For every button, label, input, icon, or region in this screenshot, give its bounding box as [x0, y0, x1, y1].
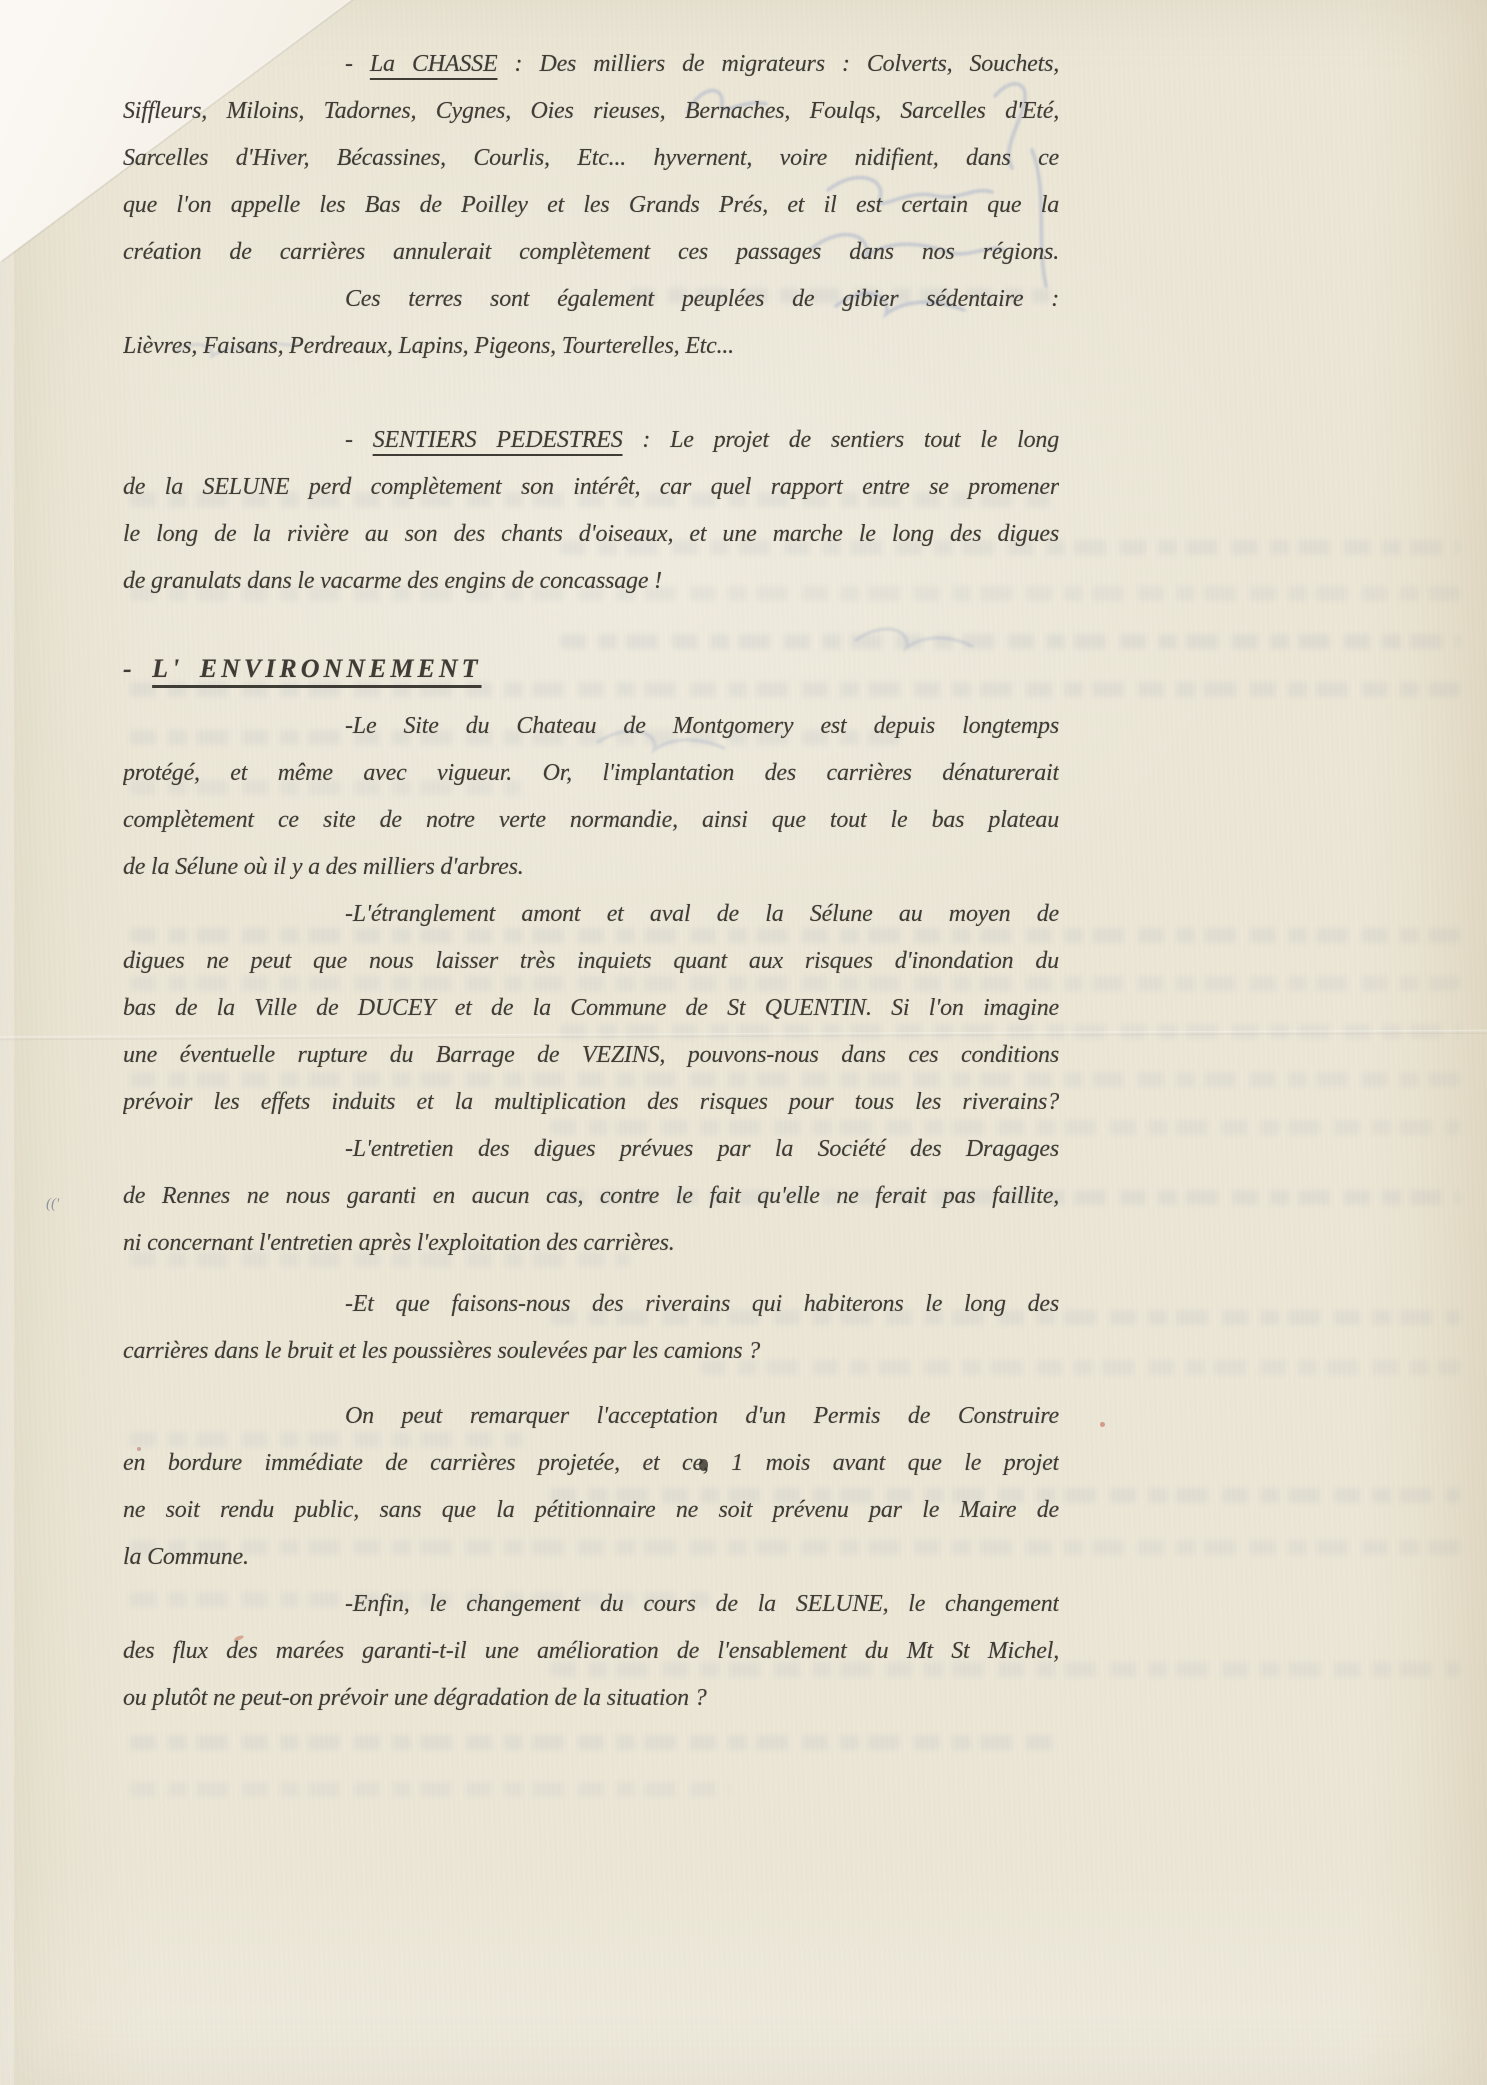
paragraph-permis-construire: On peut remarquer l'acceptation d'un Per… [123, 1393, 1059, 1581]
dash: - [345, 427, 373, 453]
text-line: - SENTIERS PEDESTRES : Le projet de sent… [123, 417, 1059, 464]
dash: - [123, 654, 152, 683]
text-line: Sarcelles d'Hiver, Bécassines, Courlis, … [123, 135, 1059, 182]
text-line: Siffleurs, Miloins, Tadornes, Cygnes, Oi… [123, 88, 1059, 135]
text-line: des flux des marées garanti-t-il une amé… [123, 1628, 1059, 1675]
text-line: -L'entretien des digues prévues par la S… [123, 1126, 1059, 1173]
paragraph-selune-marees: -Enfin, le changement du cours de la SEL… [123, 1581, 1059, 1722]
text-line: que l'on appelle les Bas de Poilley et l… [123, 182, 1059, 229]
text-line: bas de la Ville de DUCEY et de la Commun… [123, 985, 1059, 1032]
paragraph-chasse: - La CHASSE : Des milliers de migrateurs… [123, 41, 1059, 276]
left-edge-highlight [0, 0, 14, 2085]
heading-environnement: - L' ENVIRONNEMENT [123, 645, 1059, 692]
text-line: de la SELUNE perd complètement son intér… [123, 464, 1059, 511]
text-line: de granulats dans le vacarme des engins … [123, 558, 1059, 605]
paragraph-sentiers: - SENTIERS PEDESTRES : Le projet de sent… [123, 417, 1059, 605]
text-line: - La CHASSE : Des milliers de migrateurs… [123, 41, 1059, 88]
paragraph-entretien-digues: -L'entretien des digues prévues par la S… [123, 1126, 1059, 1267]
text-line: -Le Site du Chateau de Montgomery est de… [123, 703, 1059, 750]
text-line: protégé, et même avec vigueur. Or, l'imp… [123, 750, 1059, 797]
ink-correction-blob [699, 1459, 708, 1471]
text-line: de la Sélune où il y a des milliers d'ar… [123, 844, 1059, 891]
bleedthrough-line [130, 1735, 1060, 1750]
text-line: de Rennes ne nous garanti en aucun cas, … [123, 1173, 1059, 1220]
text-line: le long de la rivière au son des chants … [123, 511, 1059, 558]
pen-margin-mark: ((' [46, 1196, 59, 1213]
paper-speck [137, 1447, 141, 1451]
line-text: : Le projet de sentiers tout le long [623, 427, 1059, 453]
paragraph-etranglement: -L'étranglement amont et aval de la Sélu… [123, 891, 1059, 1126]
text-line: la Commune. [123, 1534, 1059, 1581]
text-line: ni concernant l'entretien après l'exploi… [123, 1220, 1059, 1267]
text-line: ou plutôt ne peut-on prévoir une dégrada… [123, 1675, 1059, 1722]
text-line: -Enfin, le changement du cours de la SEL… [123, 1581, 1059, 1628]
underlined-title-sentiers: SENTIERS PEDESTRES [373, 427, 623, 453]
text-line: Ces terres sont également peuplées de gi… [123, 276, 1059, 323]
document-text: - La CHASSE : Des milliers de migrateurs… [123, 41, 1059, 1722]
paragraph-gibier: Ces terres sont également peuplées de gi… [123, 276, 1059, 370]
text-line: ne soit rendu public, sans que la pétiti… [123, 1487, 1059, 1534]
text-line: Lièvres, Faisans, Perdreaux, Lapins, Pig… [123, 323, 1059, 370]
bleedthrough-line [130, 1782, 730, 1797]
text-line: On peut remarquer l'acceptation d'un Per… [123, 1393, 1059, 1440]
text-line: prévoir les effets induits et la multipl… [123, 1079, 1059, 1126]
underlined-title-environnement: L' ENVIRONNEMENT [152, 654, 481, 683]
paragraph-site-chateau: -Le Site du Chateau de Montgomery est de… [123, 703, 1059, 891]
text-line: -Et que faisons-nous des riverains qui h… [123, 1281, 1059, 1328]
text-line: en bordure immédiate de carrières projet… [123, 1440, 1059, 1487]
scanned-page: - La CHASSE : Des milliers de migrateurs… [0, 0, 1487, 2085]
paragraph-riverains: -Et que faisons-nous des riverains qui h… [123, 1281, 1059, 1375]
underlined-title-chasse: La CHASSE [370, 51, 498, 77]
paper-speck [1100, 1422, 1105, 1427]
text-line: une éventuelle rupture du Barrage de VEZ… [123, 1032, 1059, 1079]
text-line: digues ne peut que nous laisser très inq… [123, 938, 1059, 985]
text-line: carrières dans le bruit et les poussière… [123, 1328, 1059, 1375]
line-text: : Des milliers de migrateurs : Colverts,… [497, 51, 1059, 77]
text-line: création de carrières annulerait complèt… [123, 229, 1059, 276]
text-line: complètement ce site de notre verte norm… [123, 797, 1059, 844]
text-line: -L'étranglement amont et aval de la Sélu… [123, 891, 1059, 938]
dash: - [345, 51, 370, 77]
